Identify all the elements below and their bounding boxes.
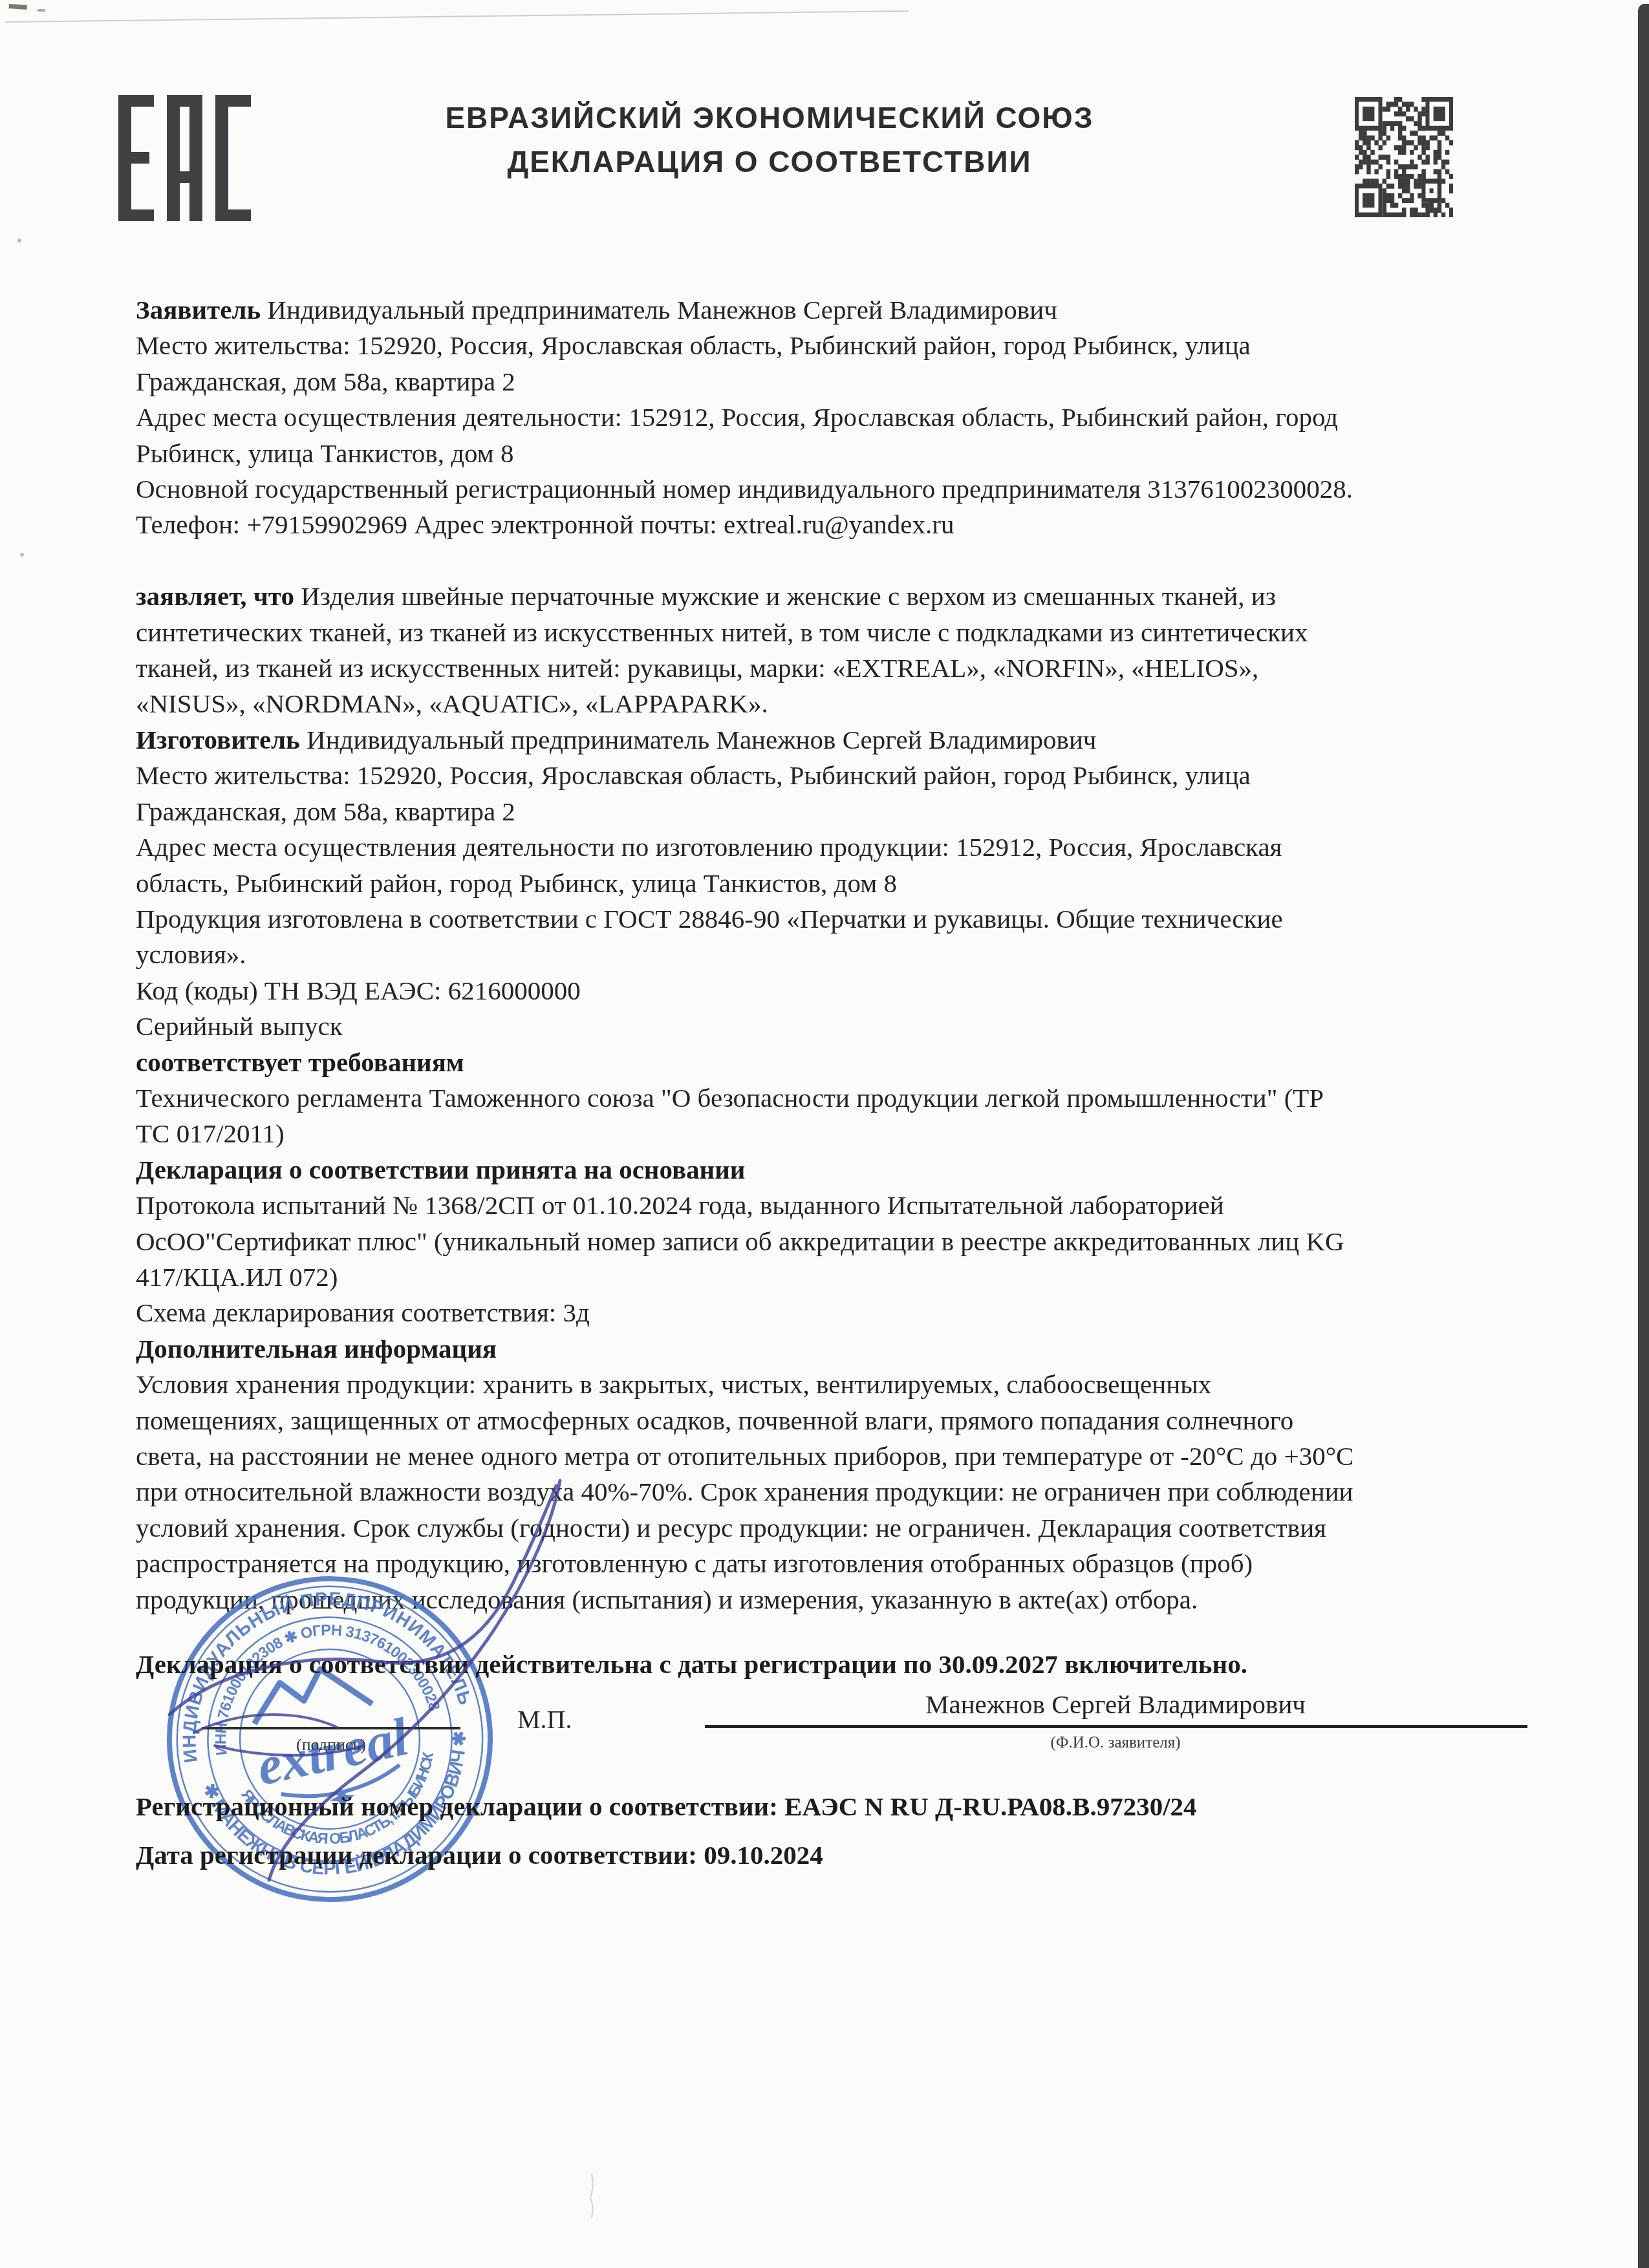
document-line: тканей, из тканей из искусственных нитей… — [136, 650, 1588, 686]
mp-seal-placeholder-label: М.П. — [517, 1704, 572, 1735]
document-line: Продукция изготовлена в соответствии с Г… — [136, 901, 1588, 937]
registration-date-line: Дата регистрации декларации о соответств… — [136, 1839, 823, 1870]
document-line: Основной государственный регистрационный… — [136, 471, 1588, 507]
podpis-caption: (подпись) — [213, 1735, 449, 1755]
document-line: заявляет, что Изделия швейные перчаточны… — [136, 579, 1588, 614]
document-line: ОсОО"Сертификат плюс" (уникальный номер … — [136, 1224, 1588, 1259]
document-line: Декларация о соответствии принята на осн… — [136, 1152, 1588, 1188]
document-line: Заявитель Индивидуальный предприниматель… — [136, 292, 1588, 328]
document-line — [136, 543, 1588, 579]
document-line: Адрес места осуществления деятельности п… — [136, 829, 1588, 865]
scanner-edge-shadow — [1638, 4, 1649, 2268]
document-line: Место жительства: 152920, Россия, Яросла… — [136, 328, 1588, 363]
document-line: условия». — [136, 937, 1588, 972]
eac-mark-logo — [118, 95, 251, 221]
document-line: при относительной влажности воздуха 40%-… — [136, 1474, 1588, 1510]
document-body-lines: Заявитель Индивидуальный предприниматель… — [136, 292, 1588, 1618]
document-line: света, на расстоянии не менее одного мет… — [136, 1439, 1588, 1474]
document-line: Гражданская, дом 58а, квартира 2 — [136, 794, 1588, 829]
document-line: Изготовитель Индивидуальный предпринимат… — [136, 722, 1588, 758]
document-line: Место жительства: 152920, Россия, Яросла… — [136, 758, 1588, 793]
document-line: область, Рыбинский район, город Рыбинск,… — [136, 866, 1588, 901]
document-line: Код (коды) ТН ВЭД ЕАЭС: 6216000000 — [136, 973, 1588, 1009]
document-line: помещениях, защищенных от атмосферных ос… — [136, 1403, 1588, 1439]
document-line: Телефон: +79159902969 Адрес электронной … — [136, 507, 1588, 542]
fio-caption: (Ф.И.О. заявителя) — [705, 1734, 1526, 1752]
document-line: Схема декларирования соответствия: 3д — [136, 1295, 1588, 1331]
document-line: Дополнительная информация — [136, 1331, 1588, 1367]
document-line: условий хранения. Срок службы (годности)… — [136, 1510, 1588, 1546]
document-line: Условия хранения продукции: хранить в за… — [136, 1367, 1588, 1402]
document-line: ТС 017/2011) — [136, 1116, 1588, 1151]
document-line: Серийный выпуск — [136, 1009, 1588, 1044]
document-line: «NISUS», «NORDMAN», «AQUATIC», «LAPPAPAR… — [136, 686, 1588, 722]
applicant-name: Манежнов Сергей Владимирович — [705, 1689, 1526, 1720]
registration-number-line: Регистрационный номер декларации о соотв… — [136, 1791, 1197, 1822]
document-line: Адрес места осуществления деятельности: … — [136, 400, 1588, 435]
qr-code-icon — [1355, 97, 1453, 217]
podpis-line — [202, 1727, 460, 1729]
document-line: Технического регламента Таможенного союз… — [136, 1080, 1588, 1116]
document-line: Протокола испытаний № 1368/2СП от 01.10.… — [136, 1188, 1588, 1223]
document-line: синтетических тканей, из тканей из искус… — [136, 615, 1588, 650]
document-line: Гражданская, дом 58а, квартира 2 — [136, 364, 1588, 400]
document-line: 417/КЦА.ИЛ 072) — [136, 1259, 1588, 1295]
validity-statement: Декларация о соответствии действительна … — [136, 1649, 1247, 1680]
document-line: Рыбинск, улица Танкистов, дом 8 — [136, 436, 1588, 471]
document-title: ЕВРАЗИЙСКИЙ ЭКОНОМИЧЕСКИЙ СОЮЗ ДЕКЛАРАЦИ… — [291, 96, 1248, 184]
applicant-signature-line — [705, 1725, 1527, 1728]
title-union: ЕВРАЗИЙСКИЙ ЭКОНОМИЧЕСКИЙ СОЮЗ — [291, 96, 1248, 140]
document-line: соответствует требованиям — [136, 1045, 1588, 1080]
title-declaration: ДЕКЛАРАЦИЯ О СООТВЕТСТВИИ — [291, 140, 1248, 184]
eac-letters — [118, 95, 251, 221]
document-page: { "colors": { "stamp_blue": "#4a73c5", "… — [0, 0, 1649, 2268]
